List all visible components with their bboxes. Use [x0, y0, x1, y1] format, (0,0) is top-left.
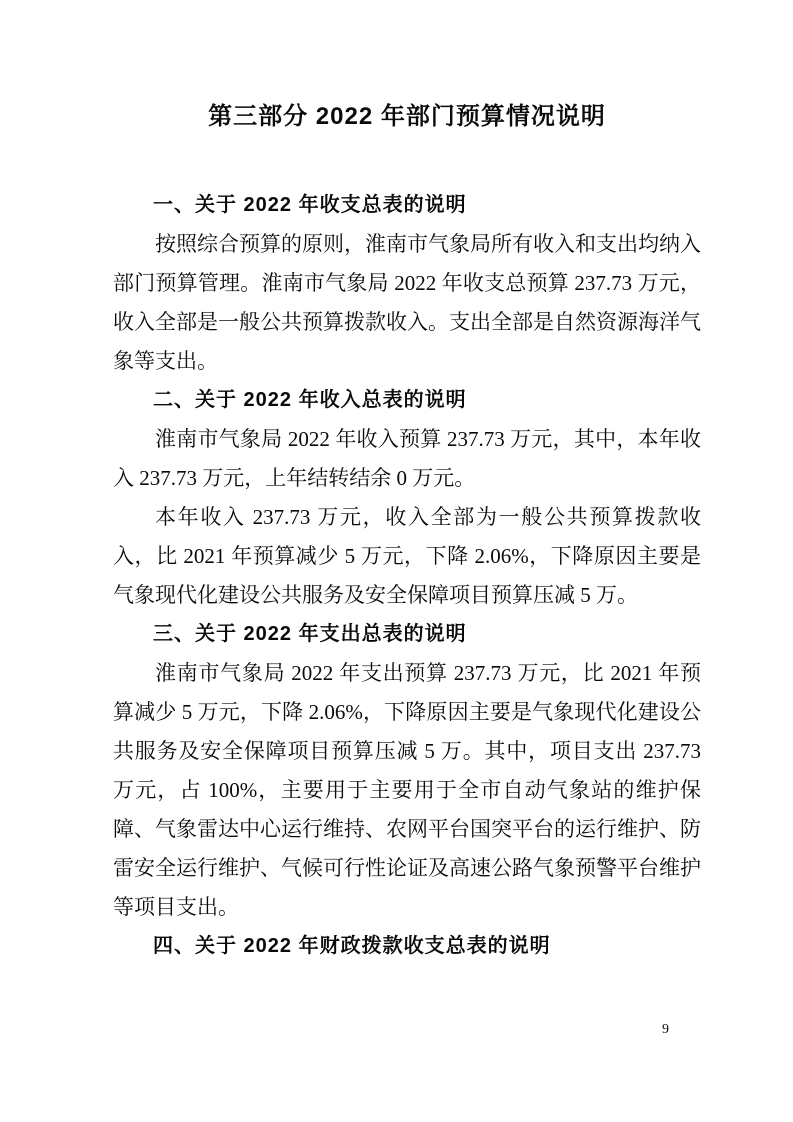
- document-title: 第三部分 2022 年部门预算情况说明: [113, 100, 701, 134]
- section-3-paragraph-1: 淮南市气象局 2022 年支出预算 237.73 万元，比 2021 年预算减少…: [113, 654, 701, 927]
- section-1-heading: 一、关于 2022 年收支总表的说明: [113, 186, 701, 225]
- section-1-paragraph-1: 按照综合预算的原则，淮南市气象局所有收入和支出均纳入部门预算管理。淮南市气象局 …: [113, 225, 701, 381]
- document-content: 第三部分 2022 年部门预算情况说明 一、关于 2022 年收支总表的说明 按…: [113, 100, 701, 966]
- section-3-heading: 三、关于 2022 年支出总表的说明: [113, 615, 701, 654]
- section-2-heading: 二、关于 2022 年收入总表的说明: [113, 381, 701, 420]
- section-4-heading: 四、关于 2022 年财政拨款收支总表的说明: [113, 927, 701, 966]
- page-number: 9: [662, 1021, 669, 1039]
- document-page: 第三部分 2022 年部门预算情况说明 一、关于 2022 年收支总表的说明 按…: [0, 0, 793, 1122]
- section-2-paragraph-2: 本年收入 237.73 万元，收入全部为一般公共预算拨款收入，比 2021 年预…: [113, 498, 701, 615]
- section-2-paragraph-1: 淮南市气象局 2022 年收入预算 237.73 万元，其中，本年收入 237.…: [113, 420, 701, 498]
